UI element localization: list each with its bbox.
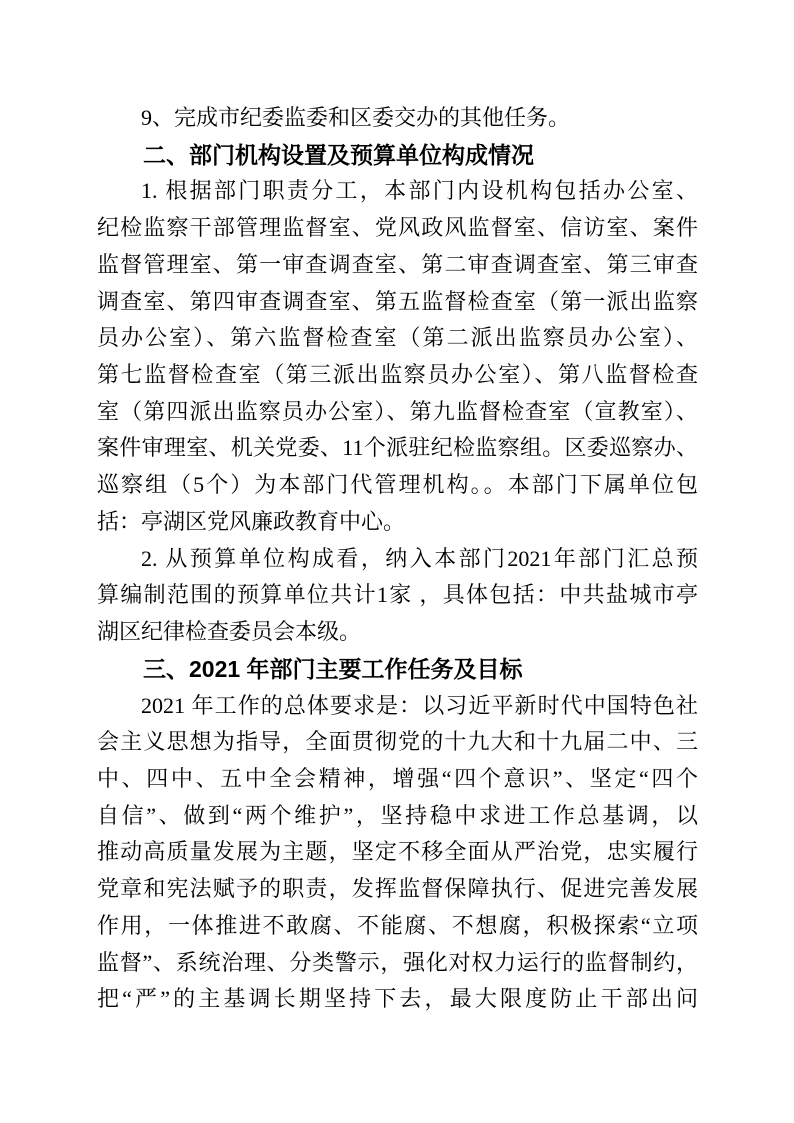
para-work-goals-line: 党章和宪法赋予的职责，发挥监督保障执行、促进完善发展 — [97, 871, 698, 908]
para-work-goals-line: 监督”、系统治理、分类警示，强化对权力运行的监督制约， — [97, 945, 698, 982]
para-work-goals-line: 自信”、做到“两个维护”，坚持稳中求进工作总基调，以 — [97, 798, 698, 835]
para-org-structure-line: 调查室、第四审查调查室、第五监督检查室（第一派出监察 — [97, 284, 698, 321]
para-org-structure-line: 员办公室）、第六监督检查室（第二派出监察员办公室）、 — [97, 320, 698, 357]
para-work-goals-line: 把“严”的主基调长期坚持下去，最大限度防止干部出问 — [97, 981, 698, 1018]
para-org-structure-line: 案件审理室、机关党委、11个派驻纪检监察组。区委巡察办、 — [97, 430, 698, 467]
para-org-structure-line: 纪检监察干部管理监督室、党风政风监督室、信访室、案件 — [97, 210, 698, 247]
para-org-structure-line: 巡察组（5个）为本部门代管理机构。。本部门下属单位包 — [97, 467, 698, 504]
page-content: 9、完成市纪委监委和区委交办的其他任务。 二、部门机构设置及预算单位构成情况 1… — [97, 100, 698, 1018]
para-org-structure-line: 监督管理室、第一审查调查室、第二审查调查室、第三审查 — [97, 247, 698, 284]
para-org-structure-line: 1. 根据部门职责分工，本部门内设机构包括办公室、 — [97, 173, 698, 210]
para-org-structure-line: 括：亭湖区党风廉政教育中心。 — [97, 504, 698, 541]
document-page: 9、完成市纪委监委和区委交办的其他任务。 二、部门机构设置及预算单位构成情况 1… — [0, 0, 794, 1123]
para-work-goals-line: 推动高质量发展为主题，坚定不移全面从严治党，忠实履行 — [97, 834, 698, 871]
para-budget-units-line: 算编制范围的预算单位共计1家 ，具体包括：中共盐城市亭 — [97, 577, 698, 614]
para-budget-units-line: 湖区纪律检查委员会本级。 — [97, 614, 698, 651]
para-budget-units-line: 2. 从预算单位构成看，纳入本部门2021年部门汇总预 — [97, 541, 698, 578]
para-work-goals-line: 2021 年工作的总体要求是：以习近平新时代中国特色社 — [97, 688, 698, 725]
para-org-structure-line: 室（第四派出监察员办公室）、第九监督检查室（宣教室）、 — [97, 394, 698, 431]
list-item-task-9: 9、完成市纪委监委和区委交办的其他任务。 — [97, 100, 698, 137]
para-work-goals-line: 会主义思想为指导，全面贯彻党的十九大和十九届二中、三 — [97, 724, 698, 761]
para-org-structure-line: 第七监督检查室（第三派出监察员办公室）、第八监督检查 — [97, 357, 698, 394]
section-heading-2: 二、部门机构设置及预算单位构成情况 — [97, 137, 698, 174]
section-heading-3: 三、2021 年部门主要工作任务及目标 — [97, 651, 698, 688]
para-work-goals-line: 中、四中、五中全会精神，增强“四个意识”、坚定“四个 — [97, 761, 698, 798]
para-work-goals-line: 作用，一体推进不敢腐、不能腐、不想腐，积极探索“立项 — [97, 908, 698, 945]
